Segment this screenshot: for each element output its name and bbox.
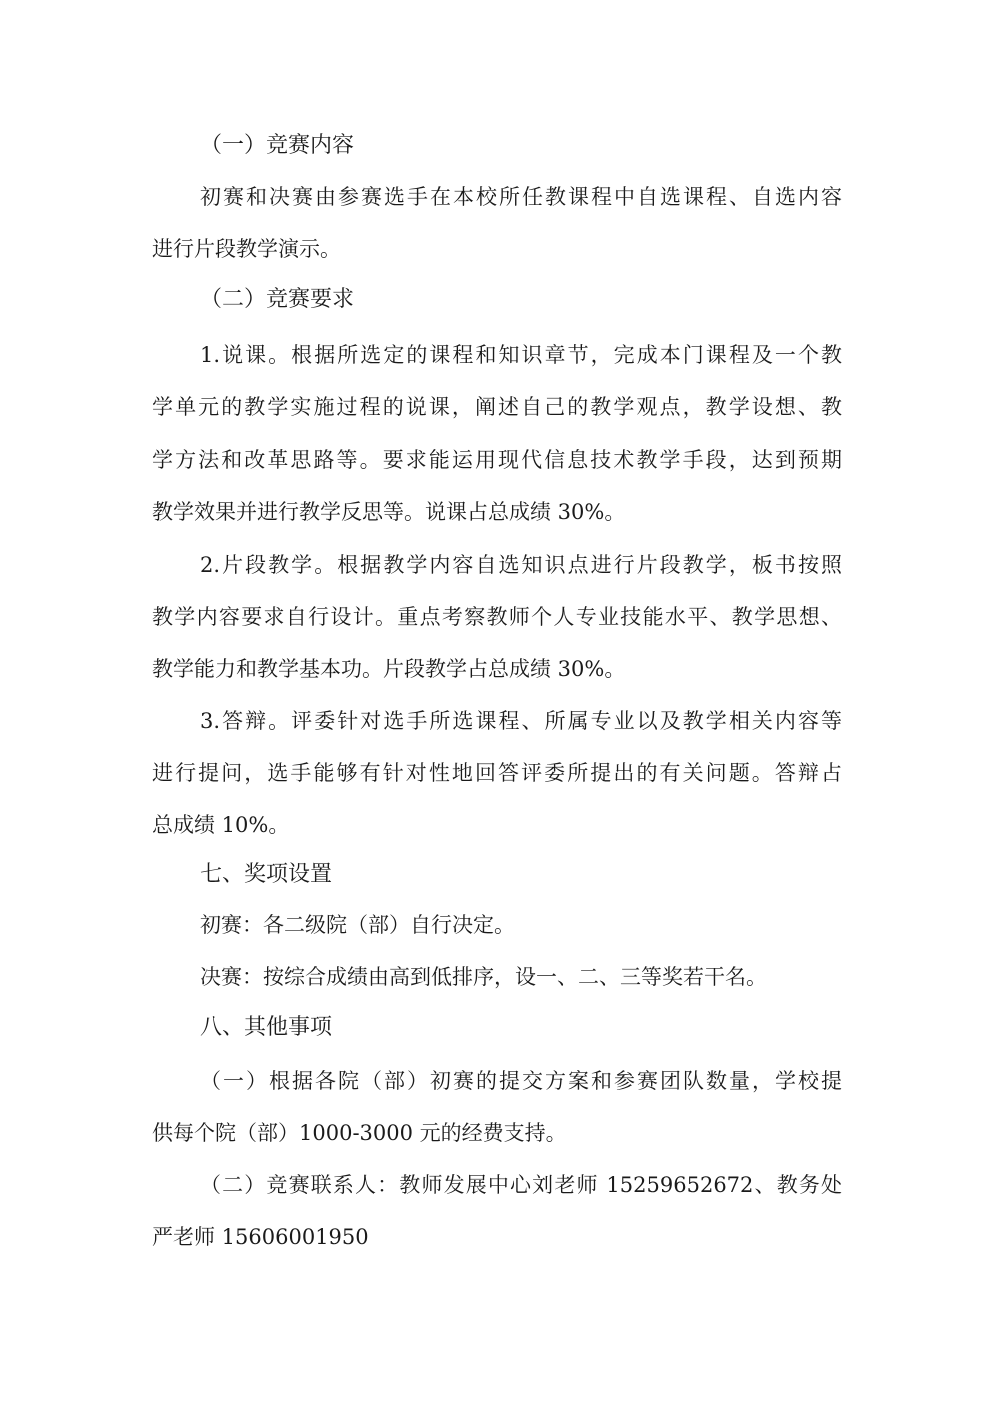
paragraph-line: 3.答辩。评委针对选手所选课程、所属专业以及教学相关内容等 (200, 706, 842, 736)
section-heading-competition-requirements: （二）竞赛要求 (200, 285, 842, 315)
document-page: （一）竞赛内容 初赛和决赛由参赛选手在本校所任教课程中自选课程、自选内容 进行片… (0, 0, 992, 1403)
section-heading-competition-content: （一）竞赛内容 (200, 131, 842, 161)
paragraph-line: （一）根据各院（部）初赛的提交方案和参赛团队数量，学校提 (200, 1066, 842, 1096)
paragraph-line: 学单元的教学实施过程的说课，阐述自己的教学观点，教学设想、教 (152, 392, 842, 422)
paragraph-line: 严老师 15606001950 (152, 1222, 842, 1252)
paragraph-line: 2.片段教学。根据教学内容自选知识点进行片段教学，板书按照 (200, 550, 842, 580)
paragraph-line: 供每个院（部）1000-3000 元的经费支持。 (152, 1118, 842, 1148)
paragraph-line: 初赛：各二级院（部）自行决定。 (200, 910, 842, 940)
paragraph-line: 进行片段教学演示。 (152, 234, 842, 264)
section-heading-other-matters: 八、其他事项 (200, 1013, 842, 1043)
paragraph-line: 教学能力和教学基本功。片段教学占总成绩 30%。 (152, 654, 842, 684)
paragraph-line: 教学效果并进行教学反思等。说课占总成绩 30%。 (152, 497, 842, 527)
paragraph-line: 决赛：按综合成绩由高到低排序，设一、二、三等奖若干名。 (200, 962, 842, 992)
paragraph-line: 总成绩 10%。 (152, 810, 842, 840)
paragraph-line: 教学内容要求自行设计。重点考察教师个人专业技能水平、教学思想、 (152, 602, 842, 632)
paragraph-line: （二）竞赛联系人：教师发展中心刘老师 15259652672、教务处 (200, 1170, 842, 1200)
paragraph-line: 1.说课。根据所选定的课程和知识章节，完成本门课程及一个教 (200, 340, 842, 370)
paragraph-line: 进行提问，选手能够有针对性地回答评委所提出的有关问题。答辩占 (152, 758, 842, 788)
section-heading-awards: 七、奖项设置 (200, 860, 842, 890)
paragraph-line: 初赛和决赛由参赛选手在本校所任教课程中自选课程、自选内容 (200, 182, 842, 212)
paragraph-line: 学方法和改革思路等。要求能运用现代信息技术教学手段，达到预期 (152, 445, 842, 475)
